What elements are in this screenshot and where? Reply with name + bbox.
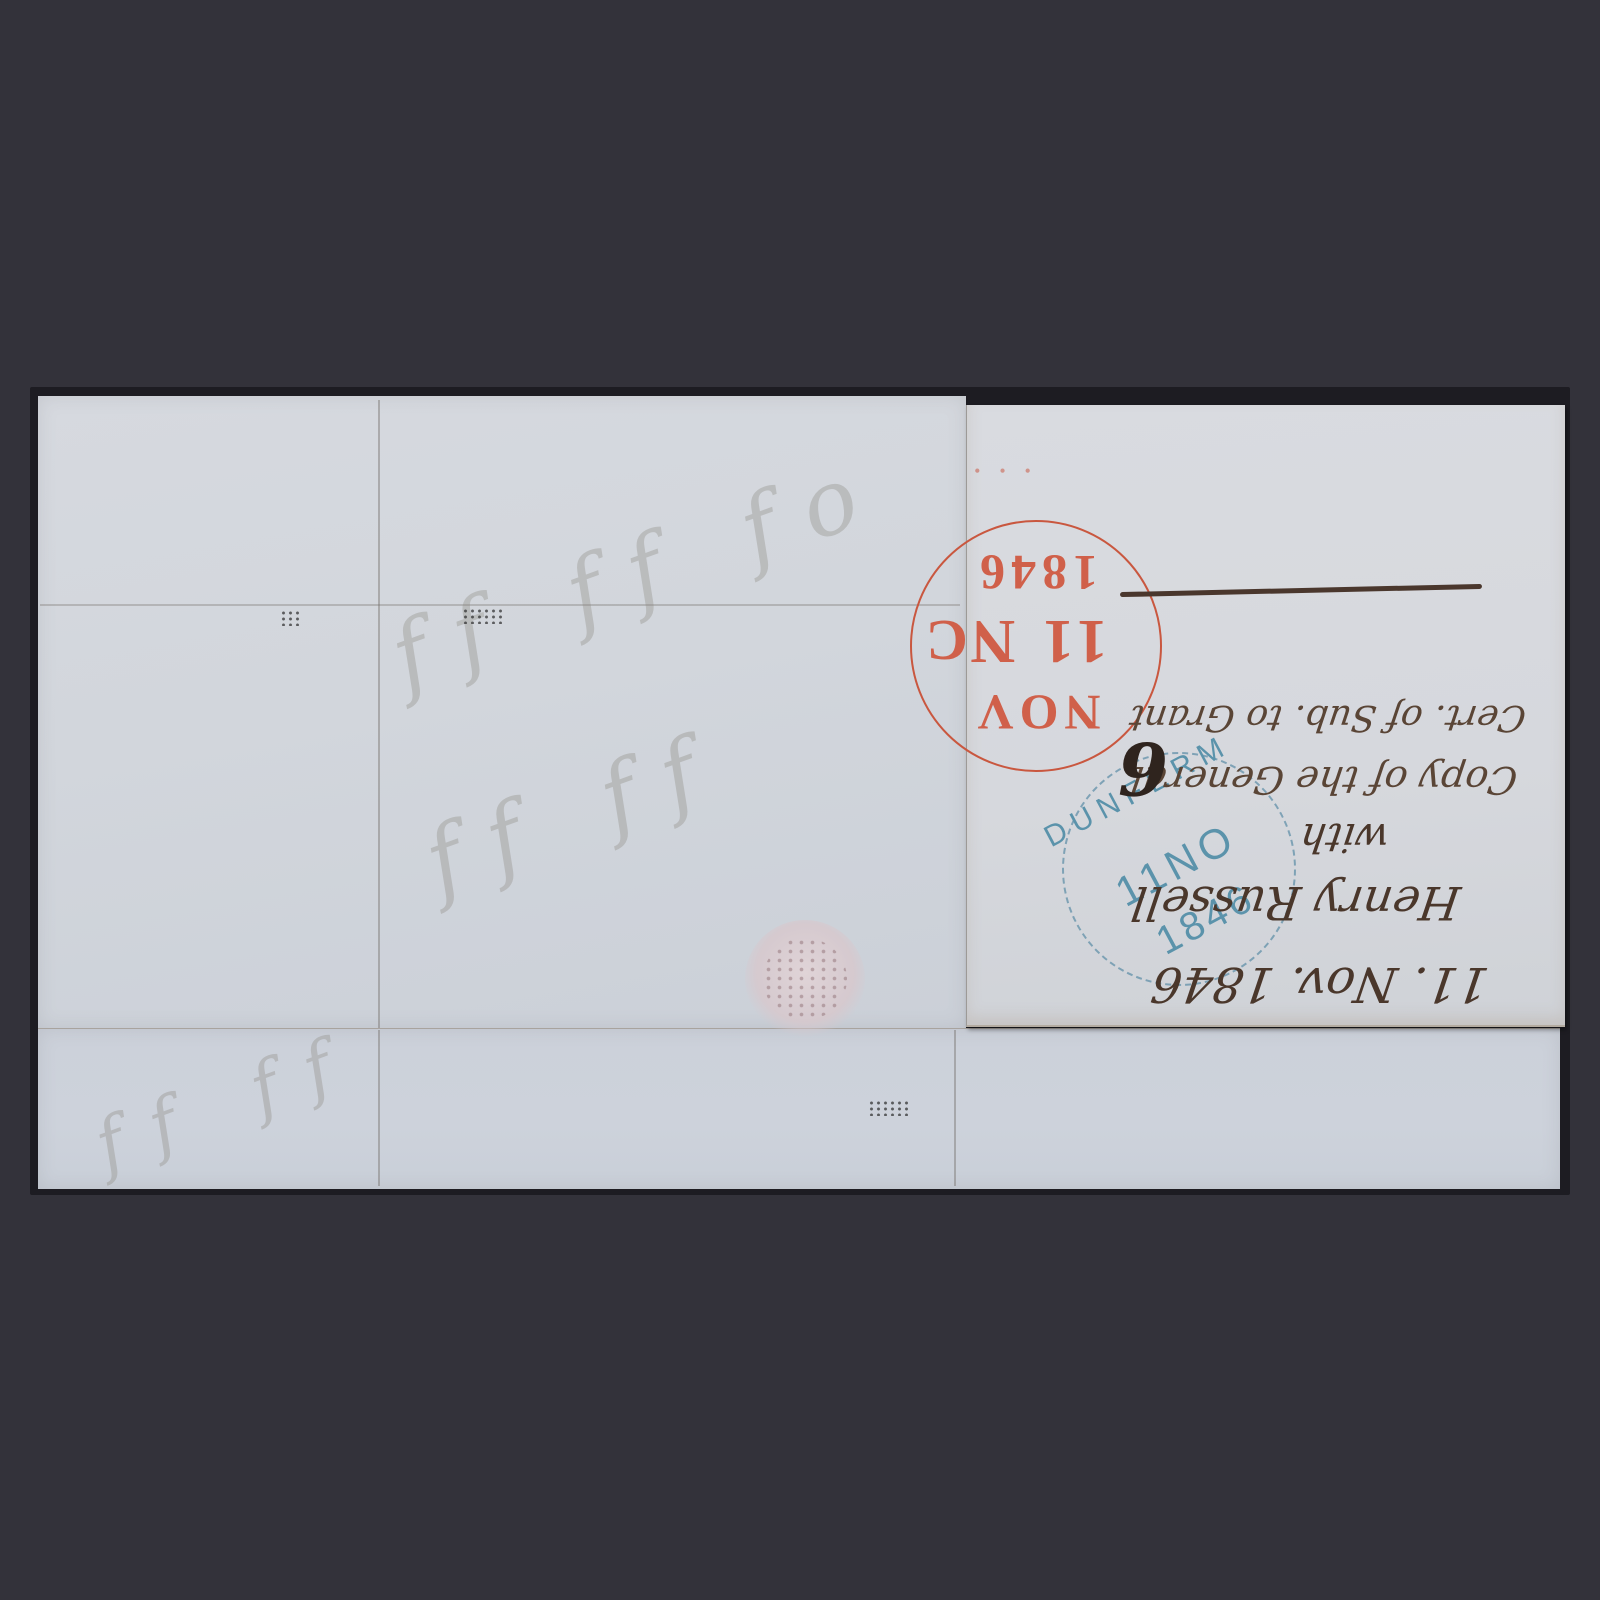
ink-specks	[280, 610, 300, 626]
docket-note-2: Cert. of Sub. to Grant	[1127, 697, 1529, 738]
fold-line	[378, 400, 380, 1028]
ink-specks	[868, 1100, 908, 1116]
fold-line	[378, 1030, 380, 1186]
docket-with: with	[1297, 814, 1392, 860]
docket-date: 11. Nov. 1846	[1148, 956, 1492, 1012]
letter-cover-photo: ff ff fo ff ff ff ff · · · NOV 11 N 1846…	[0, 0, 1600, 1600]
fold-line	[954, 1030, 956, 1186]
manuscript-docket: 11. Nov. 1846 Henry Russell with Copy of…	[942, 630, 1558, 1030]
wafer-seal-emboss	[745, 920, 865, 1038]
docket-sender: Henry Russell	[1128, 876, 1463, 930]
red-cds-letter: C	[926, 607, 968, 674]
ink-specks	[462, 608, 502, 624]
rate-mark: 6	[1118, 726, 1168, 811]
bottom-fold-strip	[38, 1028, 1560, 1189]
docket-note-1: Copy of the General	[1128, 758, 1520, 802]
red-postmark-fragment: · · ·	[968, 455, 1032, 485]
fold-line	[40, 604, 960, 606]
